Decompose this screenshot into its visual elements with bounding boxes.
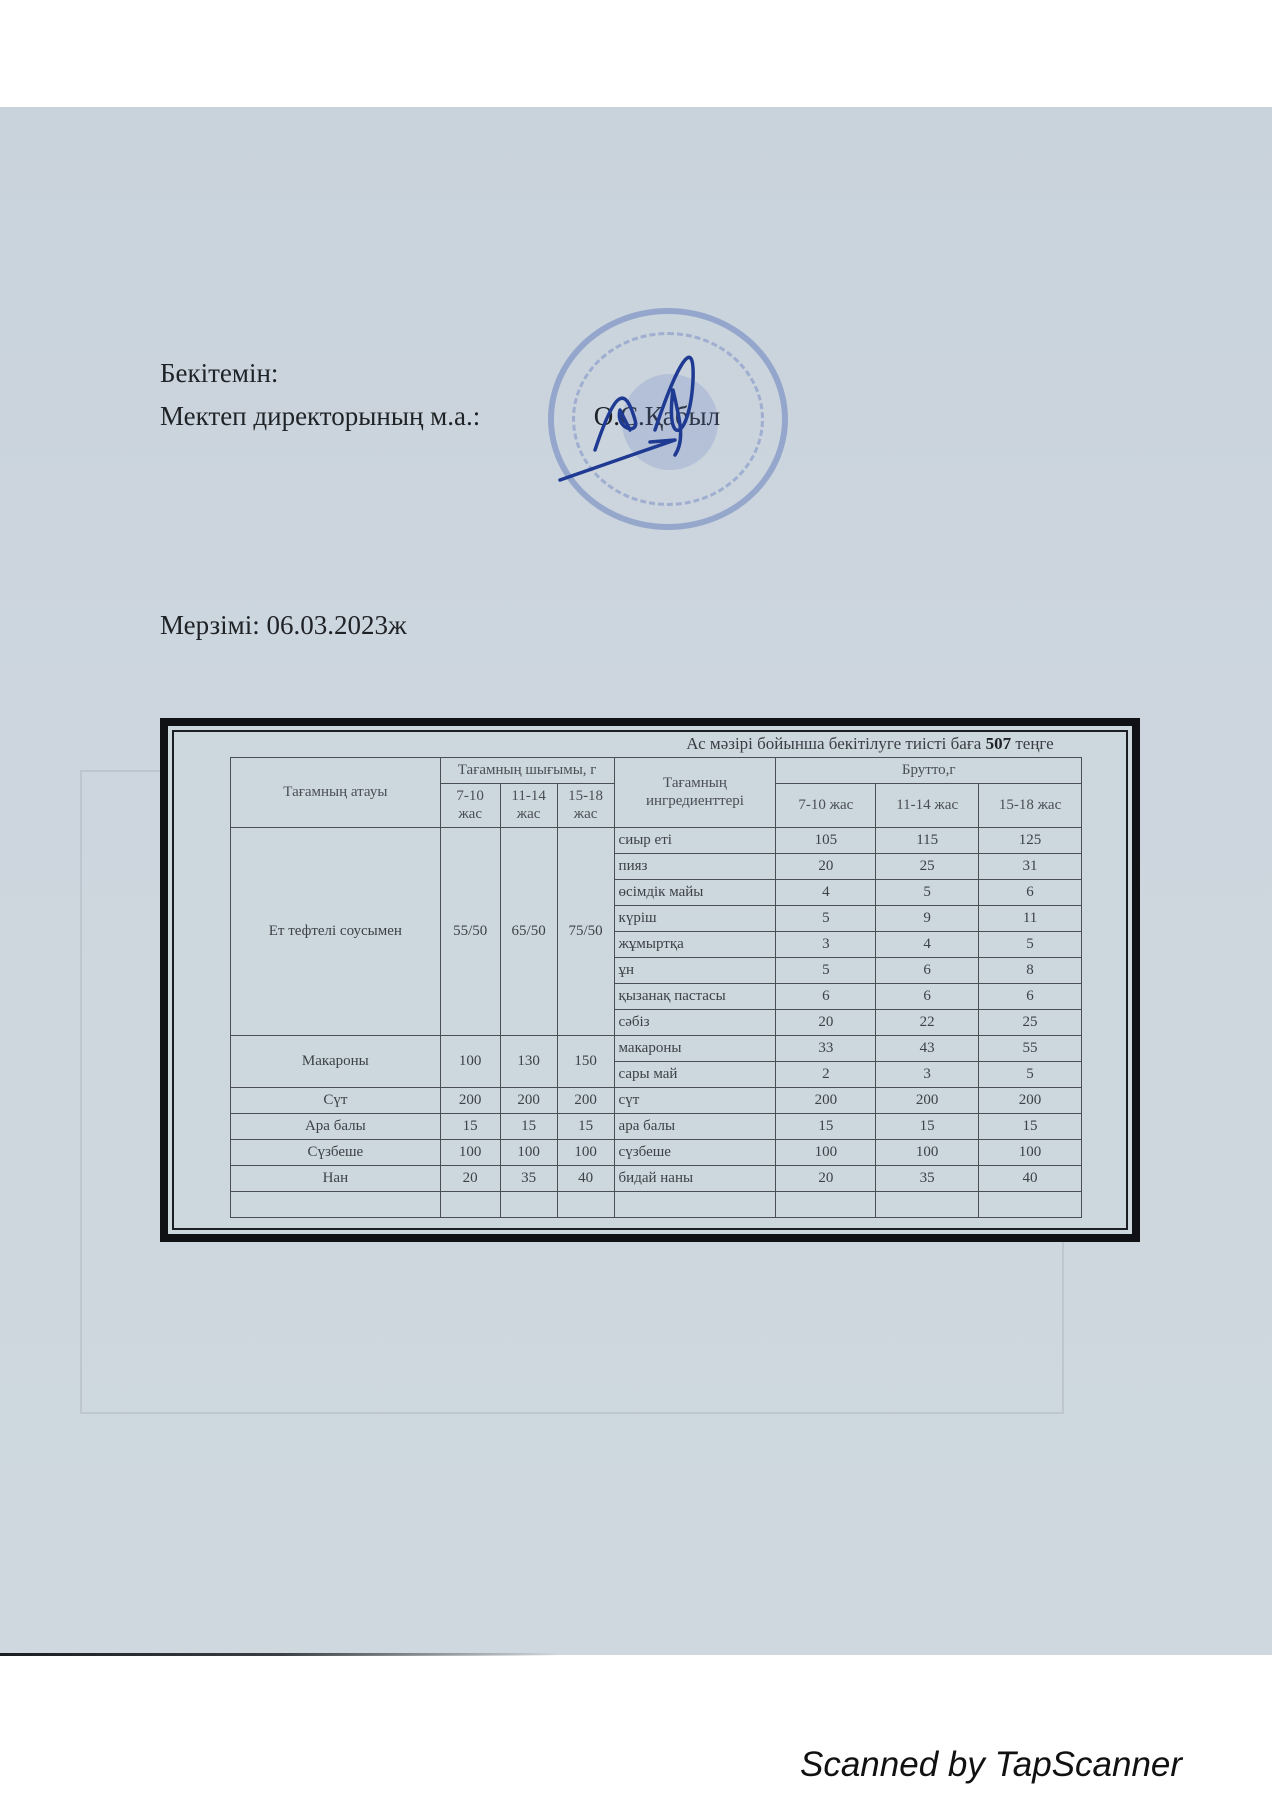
ingredient-brutto: 4 xyxy=(776,880,876,906)
header-ingredients: Тағамның ингредиенттері xyxy=(614,758,776,828)
dish-yield: 100 xyxy=(557,1140,614,1166)
header-brutto-group: Брутто,г xyxy=(776,758,1082,784)
ingredient-name: сиыр еті xyxy=(614,828,776,854)
header-brutto-age: 7-10 жас xyxy=(776,784,876,828)
ingredient-brutto: 100 xyxy=(979,1140,1082,1166)
ingredient-name: өсімдік майы xyxy=(614,880,776,906)
price-amount: 507 xyxy=(986,734,1012,753)
ingredient-brutto: 100 xyxy=(776,1140,876,1166)
empty-cell xyxy=(776,1192,876,1218)
ingredient-brutto: 6 xyxy=(876,958,979,984)
ingredient-brutto: 5 xyxy=(776,906,876,932)
dish-yield: 65/50 xyxy=(500,828,557,1036)
price-prefix: Ас мәзірі бойынша бекітілуге тиісті баға xyxy=(686,734,981,753)
dish-yield: 55/50 xyxy=(440,828,500,1036)
ingredient-brutto: 15 xyxy=(979,1114,1082,1140)
header-dish-name: Тағамның атауы xyxy=(231,758,441,828)
ingredient-brutto: 200 xyxy=(979,1088,1082,1114)
ingredient-brutto: 35 xyxy=(876,1166,979,1192)
table-row: Макароны100130150макароны334355 xyxy=(231,1036,1082,1062)
dish-yield: 15 xyxy=(500,1114,557,1140)
header-brutto-age: 11-14 жас xyxy=(876,784,979,828)
signature-icon xyxy=(555,330,735,500)
dish-name: Сүзбеше xyxy=(231,1140,441,1166)
ingredient-brutto: 3 xyxy=(776,932,876,958)
table-row: Сүзбеше100100100сүзбеше100100100 xyxy=(231,1140,1082,1166)
ingredient-brutto: 115 xyxy=(876,828,979,854)
table-row: Ет тефтелі соусымен55/5065/5075/50сиыр е… xyxy=(231,828,1082,854)
ingredient-brutto: 6 xyxy=(979,880,1082,906)
table-row: Нан203540бидай наны203540 xyxy=(231,1166,1082,1192)
ingredient-brutto: 5 xyxy=(979,932,1082,958)
price-suffix: теңге xyxy=(1015,734,1053,753)
dish-name: Ет тефтелі соусымен xyxy=(231,828,441,1036)
header-yield-age: 11-14 жас xyxy=(500,784,557,828)
ingredient-name: жұмыртқа xyxy=(614,932,776,958)
ingredient-brutto: 20 xyxy=(776,1010,876,1036)
empty-cell xyxy=(500,1192,557,1218)
dish-yield: 20 xyxy=(440,1166,500,1192)
ingredient-brutto: 5 xyxy=(876,880,979,906)
dish-yield: 130 xyxy=(500,1036,557,1088)
empty-cell xyxy=(557,1192,614,1218)
ingredient-name: макароны xyxy=(614,1036,776,1062)
paper-edge-shadow xyxy=(0,1653,560,1656)
ingredient-brutto: 4 xyxy=(876,932,979,958)
approved-price-line: Ас мәзірі бойынша бекітілуге тиісті баға… xyxy=(660,734,1080,754)
dish-yield: 100 xyxy=(440,1036,500,1088)
header-brutto-age: 15-18 жас xyxy=(979,784,1082,828)
ingredient-name: қызанақ пастасы xyxy=(614,984,776,1010)
dish-name: Ара балы xyxy=(231,1114,441,1140)
ingredient-brutto: 43 xyxy=(876,1036,979,1062)
header-yield-age: 7-10 жас xyxy=(440,784,500,828)
dish-yield: 200 xyxy=(500,1088,557,1114)
ingredient-name: пияз xyxy=(614,854,776,880)
empty-cell xyxy=(614,1192,776,1218)
ingredient-name: ара балы xyxy=(614,1114,776,1140)
empty-cell xyxy=(979,1192,1082,1218)
date-line: Мерзімі: 06.03.2023ж xyxy=(160,610,407,641)
ingredient-brutto: 6 xyxy=(979,984,1082,1010)
dish-yield: 200 xyxy=(440,1088,500,1114)
ingredient-brutto: 3 xyxy=(876,1062,979,1088)
dish-yield: 15 xyxy=(440,1114,500,1140)
dish-yield: 100 xyxy=(440,1140,500,1166)
dish-yield: 200 xyxy=(557,1088,614,1114)
ingredient-brutto: 22 xyxy=(876,1010,979,1036)
ingredient-name: сүзбеше xyxy=(614,1140,776,1166)
ingredient-brutto: 11 xyxy=(979,906,1082,932)
ingredient-brutto: 6 xyxy=(776,984,876,1010)
menu-table: Тағамның атауыТағамның шығымы, гТағамның… xyxy=(230,757,1082,1218)
dish-name: Сүт xyxy=(231,1088,441,1114)
ingredient-brutto: 5 xyxy=(776,958,876,984)
ingredient-brutto: 105 xyxy=(776,828,876,854)
ingredient-brutto: 8 xyxy=(979,958,1082,984)
ingredient-brutto: 31 xyxy=(979,854,1082,880)
ingredient-brutto: 6 xyxy=(876,984,979,1010)
ingredient-brutto: 15 xyxy=(776,1114,876,1140)
dish-name: Нан xyxy=(231,1166,441,1192)
ingredient-name: бидай наны xyxy=(614,1166,776,1192)
ingredient-brutto: 55 xyxy=(979,1036,1082,1062)
dish-yield: 40 xyxy=(557,1166,614,1192)
empty-cell xyxy=(876,1192,979,1218)
table-row-empty xyxy=(231,1192,1082,1218)
ingredient-brutto: 125 xyxy=(979,828,1082,854)
header-yield-age: 15-18 жас xyxy=(557,784,614,828)
dish-yield: 15 xyxy=(557,1114,614,1140)
dish-yield: 75/50 xyxy=(557,828,614,1036)
scanner-watermark: Scanned by TapScanner xyxy=(800,1745,1182,1785)
ingredient-brutto: 40 xyxy=(979,1166,1082,1192)
ingredient-brutto: 9 xyxy=(876,906,979,932)
ingredient-brutto: 25 xyxy=(979,1010,1082,1036)
ingredient-brutto: 5 xyxy=(979,1062,1082,1088)
empty-cell xyxy=(440,1192,500,1218)
dish-yield: 150 xyxy=(557,1036,614,1088)
table-row: Ара балы151515ара балы151515 xyxy=(231,1114,1082,1140)
ingredient-brutto: 200 xyxy=(776,1088,876,1114)
ingredient-brutto: 15 xyxy=(876,1114,979,1140)
ingredient-brutto: 33 xyxy=(776,1036,876,1062)
ingredient-name: ұн xyxy=(614,958,776,984)
ingredient-brutto: 20 xyxy=(776,854,876,880)
ingredient-brutto: 200 xyxy=(876,1088,979,1114)
dish-yield: 35 xyxy=(500,1166,557,1192)
empty-cell xyxy=(231,1192,441,1218)
table-row: Сүт200200200сүт200200200 xyxy=(231,1088,1082,1114)
ingredient-name: сүт xyxy=(614,1088,776,1114)
ingredient-brutto: 25 xyxy=(876,854,979,880)
ingredient-name: күріш xyxy=(614,906,776,932)
ingredient-name: сәбіз xyxy=(614,1010,776,1036)
dish-name: Макароны xyxy=(231,1036,441,1088)
ingredient-brutto: 20 xyxy=(776,1166,876,1192)
ingredient-brutto: 100 xyxy=(876,1140,979,1166)
director-label: Мектеп директорының м.а.: xyxy=(160,401,480,431)
dish-yield: 100 xyxy=(500,1140,557,1166)
ingredient-name: сары май xyxy=(614,1062,776,1088)
header-yield-group: Тағамның шығымы, г xyxy=(440,758,614,784)
ingredient-brutto: 2 xyxy=(776,1062,876,1088)
